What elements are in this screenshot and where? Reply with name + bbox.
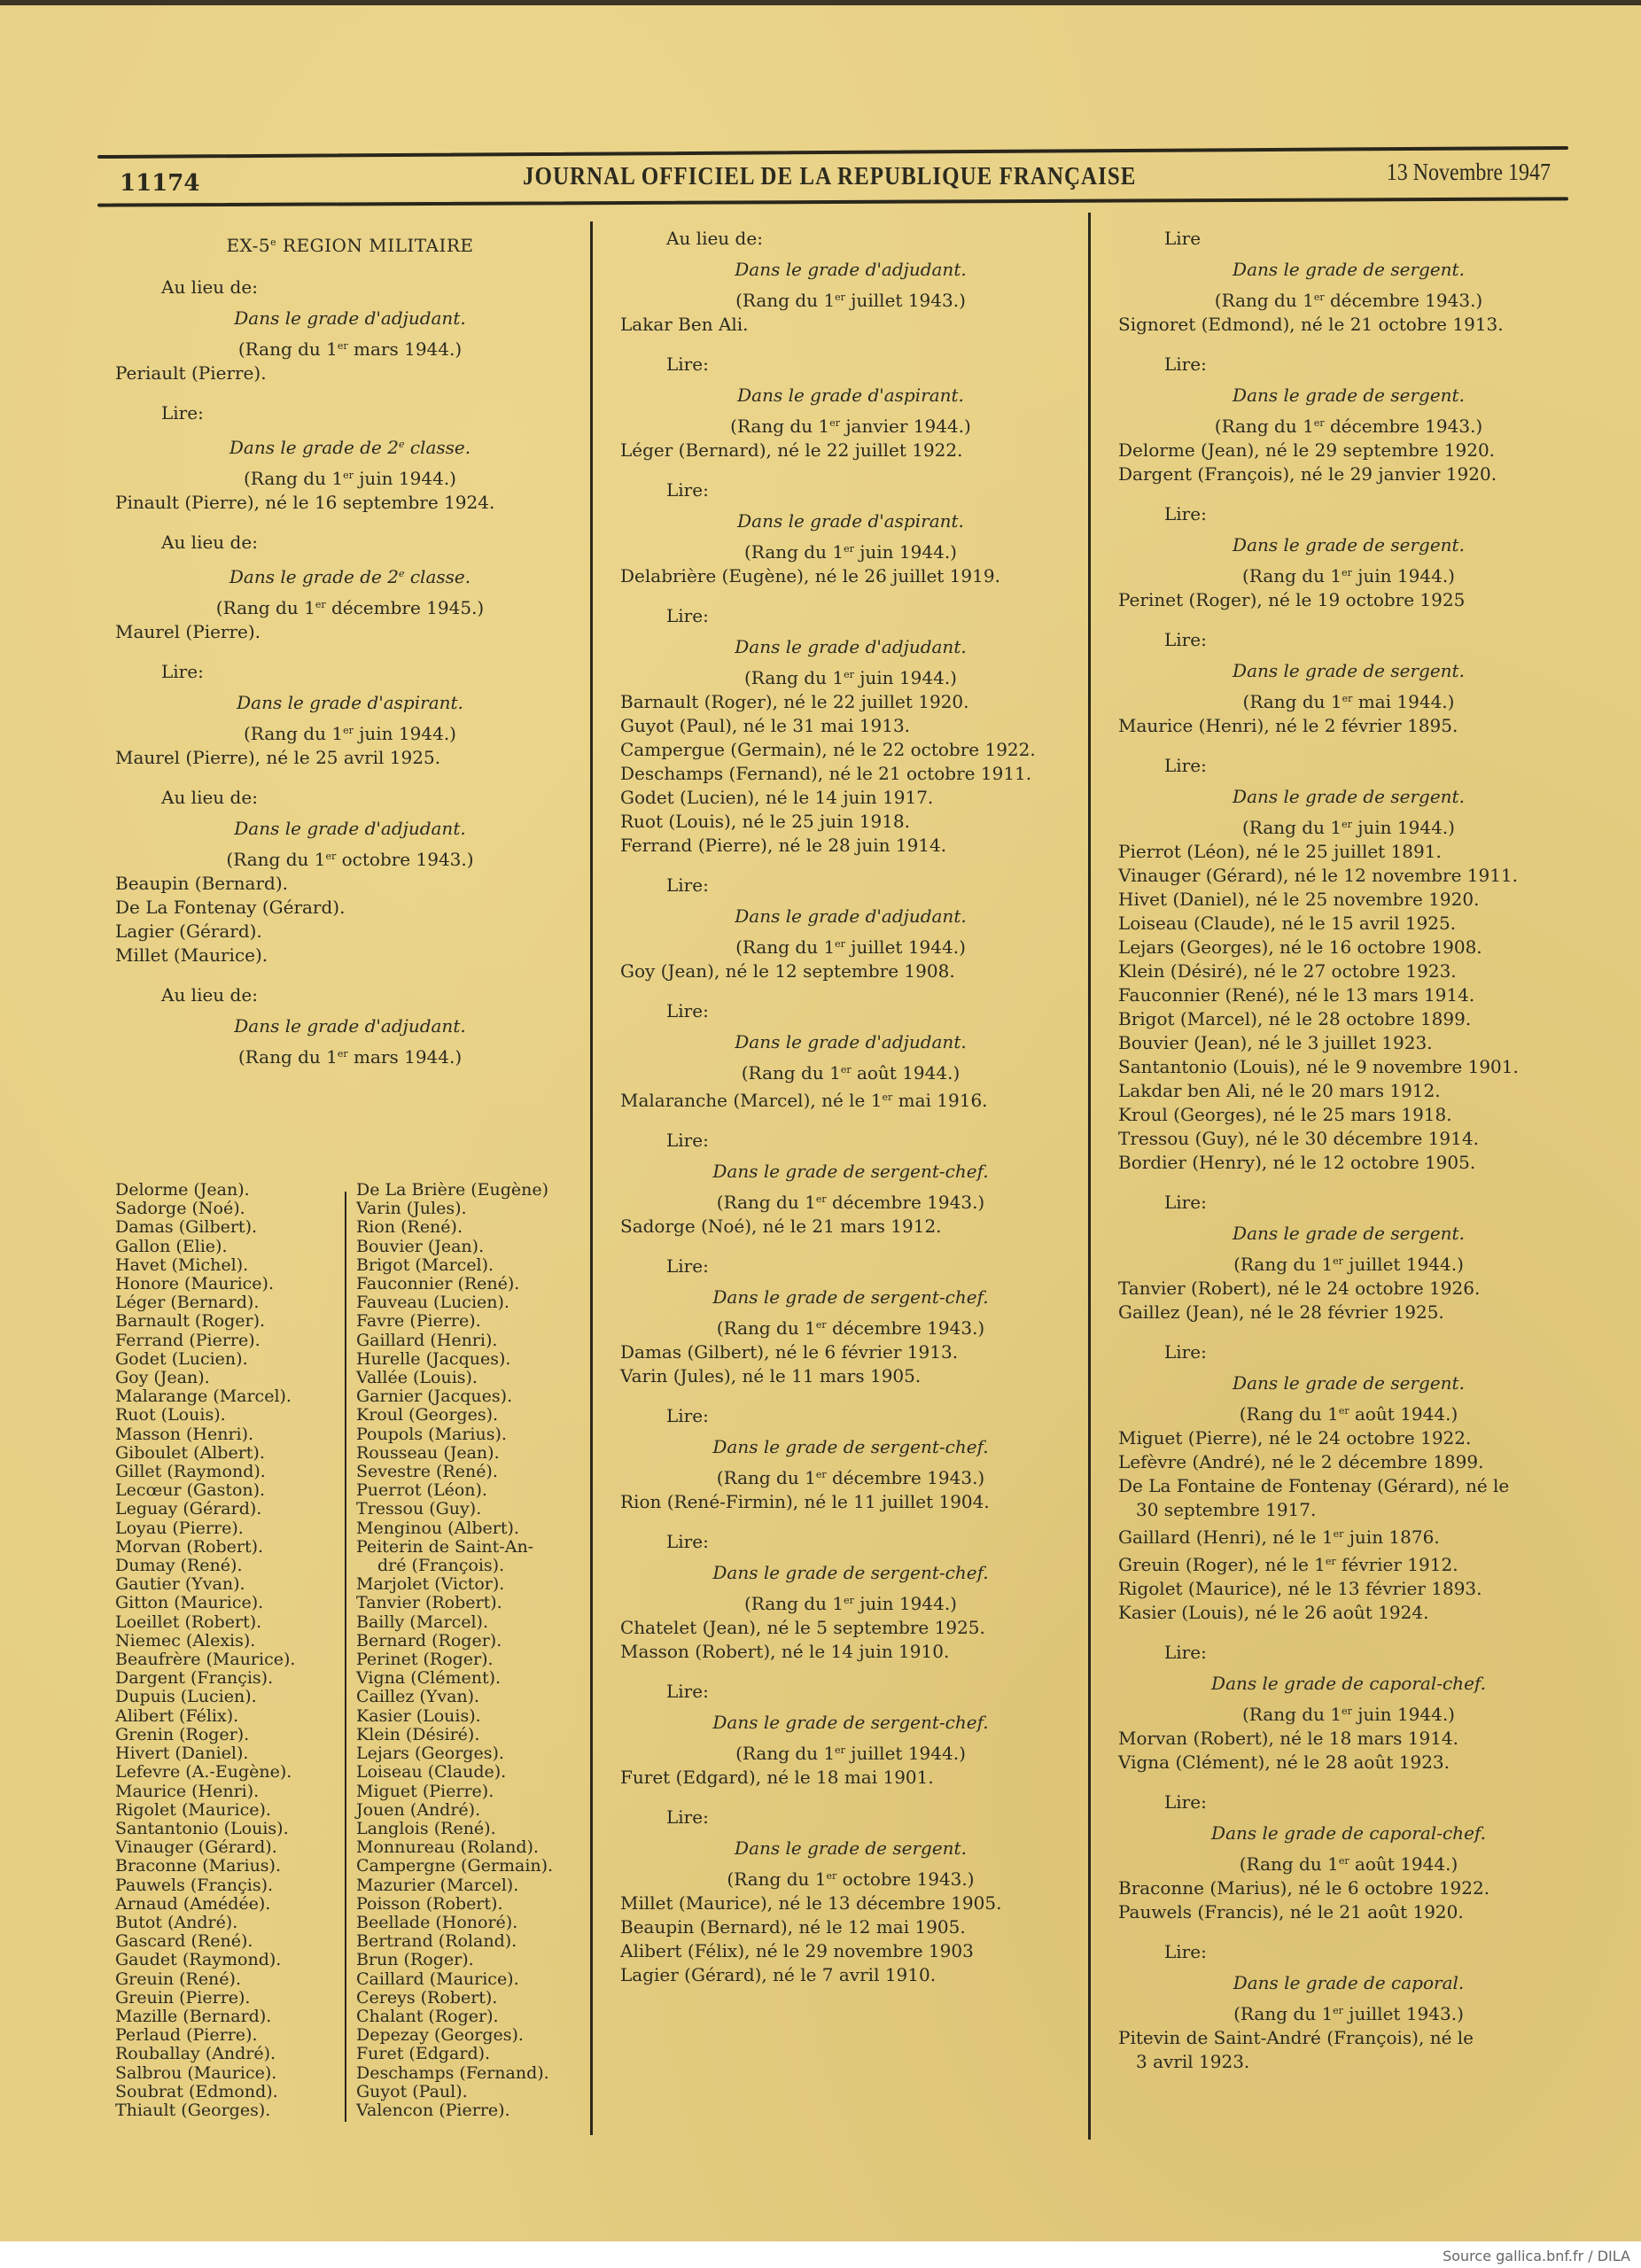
correction-block: Au lieu de:Dans le grade d'adjudant.(Ran…: [115, 786, 585, 967]
name-list-item: Butot (André).: [115, 1914, 346, 1932]
name-list-item: Jouen (André).: [356, 1801, 604, 1820]
correction-block: Lire:Dans le grade de sergent-chef.(Rang…: [620, 1530, 1081, 1664]
name-list-item: Puerrot (Léon).: [356, 1481, 604, 1500]
person-entry: Pierrot (Léon), né le 25 juillet 1891.: [1118, 840, 1579, 864]
name-list-item: Havet (Michel).: [115, 1256, 346, 1275]
correction-block: Au lieu de:Dans le grade d'adjudant.(Ran…: [620, 227, 1081, 337]
person-entry: 3 avril 1923.: [1118, 2050, 1579, 2074]
name-list-item: Klein (Désiré).: [356, 1726, 604, 1744]
correction-label: Lire:: [1118, 628, 1579, 652]
person-entry: Bouvier (Jean), né le 3 juillet 1923.: [1118, 1031, 1579, 1055]
rank-date: (Rang du 1er décembre 1943.): [620, 1463, 1081, 1490]
name-list-item: Furet (Edgard).: [356, 2045, 604, 2063]
correction-label: Lire:: [1118, 1641, 1579, 1665]
person-entry: Malaranche (Marcel), né le 1er mai 1916.: [620, 1085, 1081, 1113]
name-list-item: Mazille (Bernard).: [115, 2008, 346, 2026]
correction-block: LireDans le grade de sergent.(Rang du 1e…: [1118, 227, 1579, 337]
name-list-item: Tanvier (Robert).: [356, 1594, 604, 1612]
name-list-item: De La Brière (Eugène): [356, 1181, 604, 1200]
name-list-item: Valencon (Pierre).: [356, 2101, 604, 2120]
person-entry: 30 septembre 1917.: [1118, 1498, 1579, 1522]
person-entry: Lejars (Georges), né le 16 octobre 1908.: [1118, 936, 1579, 959]
grade-heading: Dans le grade d'aspirant.: [620, 509, 1081, 533]
name-list-item: Vigna (Clément).: [356, 1669, 604, 1688]
correction-label: Lire:: [1118, 502, 1579, 526]
name-list-item: Deschamps (Fernand).: [356, 2064, 604, 2083]
name-list-item: Garnier (Jacques).: [356, 1387, 604, 1406]
correction-label: Lire:: [620, 1806, 1081, 1829]
person-entry: Braconne (Marius), né le 6 octobre 1922.: [1118, 1876, 1579, 1900]
person-entry: Delabrière (Eugène), né le 26 juillet 19…: [620, 564, 1081, 588]
name-list-item: Dargent (Françis).: [115, 1669, 346, 1688]
grade-heading: Dans le grade de sergent.: [1118, 1371, 1579, 1395]
person-entry: Lagier (Gérard).: [115, 920, 585, 944]
issue-date: 13 Novembre 1947: [1387, 159, 1551, 187]
name-list-item: Gillet (Raymond).: [115, 1463, 346, 1481]
name-list-item: Godet (Lucien).: [115, 1350, 346, 1369]
rank-date: (Rang du 1er juin 1944.): [115, 463, 585, 491]
name-list-item: Lecœur (Gaston).: [115, 1481, 346, 1500]
page-number: 11174: [120, 170, 199, 197]
column-3: LireDans le grade de sergent.(Rang du 1e…: [1118, 213, 1579, 2074]
grade-heading: Dans le grade d'adjudant.: [620, 635, 1081, 659]
grade-heading: Dans le grade d'adjudant.: [115, 817, 585, 841]
correction-block: Lire:Dans le grade d'adjudant.(Rang du 1…: [620, 874, 1081, 983]
rank-date: (Rang du 1er octobre 1943.): [620, 1864, 1081, 1891]
name-list-item: Bernard (Roger).: [356, 1632, 604, 1651]
grade-heading: Dans le grade d'adjudant.: [115, 1014, 585, 1038]
name-list-item: Niemec (Alexis).: [115, 1632, 346, 1651]
rank-date: (Rang du 1er mai 1944.): [1118, 687, 1579, 714]
person-entry: Ferrand (Pierre), né le 28 juin 1914.: [620, 834, 1081, 858]
correction-label: Au lieu de:: [115, 983, 585, 1007]
name-list-divider: [345, 1192, 346, 2122]
name-list-item: Masson (Henri).: [115, 1425, 346, 1444]
person-entry: Masson (Robert), né le 14 juin 1910.: [620, 1640, 1081, 1664]
person-entry: Varin (Jules), né le 11 mars 1905.: [620, 1364, 1081, 1388]
person-entry: Bordier (Henry), né le 12 octobre 1905.: [1118, 1151, 1579, 1175]
person-entry: Periault (Pierre).: [115, 361, 585, 385]
name-list-item: Langlois (René).: [356, 1820, 604, 1838]
name-list-item: Lefevre (A.-Eugène).: [115, 1763, 346, 1782]
name-list-item: Ferrand (Pierre).: [115, 1332, 346, 1350]
column-divider-right: [1088, 213, 1091, 2140]
name-list-item: Goy (Jean).: [115, 1369, 346, 1387]
name-list-item: Arnaud (Amédée).: [115, 1895, 346, 1914]
grade-heading: Dans le grade de sergent.: [1118, 384, 1579, 408]
correction-block: Lire:Dans le grade de sergent-chef.(Rang…: [620, 1680, 1081, 1790]
correction-block: Lire:Dans le grade de sergent.(Rang du 1…: [1118, 502, 1579, 612]
name-list-item: Depezay (Georges).: [356, 2026, 604, 2045]
name-list-item: Dumay (René).: [115, 1557, 346, 1575]
rank-date: (Rang du 1er décembre 1943.): [1118, 285, 1579, 313]
person-entry: Kroul (Georges), né le 25 mars 1918.: [1118, 1103, 1579, 1127]
page-top-edge: [0, 0, 1641, 5]
name-list-item: Alibert (Félix).: [115, 1707, 346, 1726]
name-list-item: Grenin (Roger).: [115, 1726, 346, 1744]
name-list-item: Malarange (Marcel).: [115, 1387, 346, 1406]
person-entry: Rion (René-Firmin), né le 11 juillet 190…: [620, 1490, 1081, 1514]
correction-label: Lire:: [620, 1129, 1081, 1153]
rank-date: (Rang du 1er octobre 1943.): [115, 844, 585, 872]
name-list-item: Brigot (Marcel).: [356, 1256, 604, 1275]
grade-heading: Dans le grade de caporal.: [1118, 1971, 1579, 1995]
person-entry: Godet (Lucien), né le 14 juin 1917.: [620, 786, 1081, 810]
name-list-item: Tressou (Guy).: [356, 1500, 604, 1518]
person-entry: Hivet (Daniel), né le 25 novembre 1920.: [1118, 888, 1579, 912]
grade-heading: Dans le grade de caporal-chef.: [1118, 1821, 1579, 1845]
name-list-item: Guyot (Paul).: [356, 2083, 604, 2101]
grade-heading: Dans le grade de sergent.: [1118, 659, 1579, 683]
rank-date: (Rang du 1er juin 1944.): [620, 537, 1081, 564]
grade-heading: Dans le grade de sergent.: [1118, 533, 1579, 557]
correction-block: Lire:Dans le grade de sergent-chef.(Rang…: [620, 1129, 1081, 1239]
correction-block: Au lieu de:Dans le grade de 2e classe.(R…: [115, 531, 585, 644]
person-entry: De La Fontaine de Fontenay (Gérard), né …: [1118, 1474, 1579, 1498]
correction-label: Lire:: [620, 1530, 1081, 1554]
name-list-item: Rouballay (André).: [115, 2045, 346, 2063]
name-list-item: Santantonio (Louis).: [115, 1820, 346, 1838]
name-list-item: Caillez (Yvan).: [356, 1688, 604, 1706]
person-entry: Lagier (Gérard), né le 7 avril 1910.: [620, 1963, 1081, 1987]
name-list-item: Kasier (Louis).: [356, 1707, 604, 1726]
name-list-item: Kroul (Georges).: [356, 1406, 604, 1425]
correction-label: Lire:: [115, 660, 585, 684]
name-list-item: Varin (Jules).: [356, 1200, 604, 1218]
person-entry: Sadorge (Noé), né le 21 mars 1912.: [620, 1215, 1081, 1239]
person-entry: Lakar Ben Ali.: [620, 313, 1081, 337]
name-list-item: Damas (Gilbert).: [115, 1218, 346, 1237]
rank-date: (Rang du 1er mars 1944.): [115, 1042, 585, 1069]
name-list-item: Pauwels (Françis).: [115, 1876, 346, 1895]
person-entry: Dargent (François), né le 29 janvier 192…: [1118, 462, 1579, 486]
rank-date: (Rang du 1er août 1944.): [1118, 1849, 1579, 1876]
correction-block: Au lieu de:Dans le grade d'adjudant.(Ran…: [115, 276, 585, 385]
person-entry: Millet (Maurice), né le 13 décembre 1905…: [620, 1891, 1081, 1915]
rank-date: (Rang du 1er juin 1944.): [1118, 561, 1579, 588]
name-list-item: Greuin (René).: [115, 1970, 346, 1989]
correction-label: Lire:: [620, 1404, 1081, 1428]
name-list-item: Beaufrère (Maurice).: [115, 1651, 346, 1669]
person-entry: Perinet (Roger), né le 19 octobre 1925: [1118, 588, 1579, 612]
name-list-item: Peiterin de Saint-An-: [356, 1538, 604, 1557]
person-entry: Campergue (Germain), né le 22 octobre 19…: [620, 738, 1081, 762]
name-list-item: Brun (Roger).: [356, 1951, 604, 1969]
rank-date: (Rang du 1er décembre 1943.): [620, 1187, 1081, 1215]
name-list-item: Greuin (Pierre).: [115, 1989, 346, 2008]
name-list-item: Chalant (Roger).: [356, 2008, 604, 2026]
correction-label: Lire:: [1118, 1940, 1579, 1964]
person-entry: Vigna (Clément), né le 28 août 1923.: [1118, 1751, 1579, 1775]
correction-block: Lire:Dans le grade d'aspirant.(Rang du 1…: [620, 353, 1081, 462]
column-1: EX-5e REGION MILITAIRE Au lieu de:Dans l…: [115, 213, 585, 1069]
person-entry: Morvan (Robert), né le 18 mars 1914.: [1118, 1727, 1579, 1751]
grade-heading: Dans le grade de caporal-chef.: [1118, 1672, 1579, 1696]
person-entry: Furet (Edgard), né le 18 mai 1901.: [620, 1766, 1081, 1790]
person-entry: Maurel (Pierre), né le 25 avril 1925.: [115, 746, 585, 770]
correction-block: Lire:Dans le grade de caporal-chef.(Rang…: [1118, 1790, 1579, 1924]
person-entry: Signoret (Edmond), né le 21 octobre 1913…: [1118, 313, 1579, 337]
rank-date: (Rang du 1er janvier 1944.): [620, 411, 1081, 439]
grade-heading: Dans le grade de sergent-chef.: [620, 1435, 1081, 1459]
name-list-item: Marjolet (Victor).: [356, 1575, 604, 1594]
correction-block: Lire:Dans le grade de sergent.(Rang du 1…: [1118, 1191, 1579, 1324]
correction-label: Lire:: [620, 1680, 1081, 1704]
name-list-item: Gaillard (Henri).: [356, 1332, 604, 1350]
correction-block: Au lieu de:Dans le grade d'adjudant.(Ran…: [115, 983, 585, 1069]
name-list-item: Gascard (René).: [115, 1932, 346, 1951]
grade-heading: Dans le grade d'adjudant.: [115, 307, 585, 330]
rank-date: (Rang du 1er mars 1944.): [115, 334, 585, 361]
name-list-item: Thiault (Georges).: [115, 2101, 346, 2120]
correction-label: Lire:: [1118, 1191, 1579, 1215]
rank-date: (Rang du 1er juillet 1944.): [620, 1738, 1081, 1766]
correction-label: Lire:: [620, 1254, 1081, 1278]
person-entry: Miguet (Pierre), né le 24 octobre 1922.: [1118, 1426, 1579, 1450]
person-entry: Chatelet (Jean), né le 5 septembre 1925.: [620, 1616, 1081, 1640]
person-entry: Tanvier (Robert), né le 24 octobre 1926.: [1118, 1277, 1579, 1301]
rank-date: (Rang du 1er juin 1944.): [1118, 1699, 1579, 1727]
header-top-rule: [97, 146, 1568, 159]
name-list-item: Leguay (Gérard).: [115, 1500, 346, 1518]
correction-label: Lire:: [620, 353, 1081, 377]
grade-heading: Dans le grade de sergent.: [620, 1837, 1081, 1860]
rank-date: (Rang du 1er décembre 1943.): [1118, 411, 1579, 439]
name-list-item: Sadorge (Noé).: [115, 1200, 346, 1218]
correction-label: Lire:: [1118, 754, 1579, 778]
person-entry: Beaupin (Bernard).: [115, 872, 585, 896]
name-list-item: Gautier (Yvan).: [115, 1575, 346, 1594]
correction-block: Lire:Dans le grade de 2e classe.(Rang du…: [115, 401, 585, 515]
name-list-item: Hivert (Daniel).: [115, 1744, 346, 1763]
person-entry: De La Fontenay (Gérard).: [115, 896, 585, 920]
person-entry: Lakdar ben Ali, né le 20 mars 1912.: [1118, 1079, 1579, 1103]
name-list-item: Bailly (Marcel).: [356, 1613, 604, 1632]
name-list-item: Campergne (Germain).: [356, 1857, 604, 1876]
grade-heading: Dans le grade d'aspirant.: [620, 384, 1081, 408]
person-entry: Maurice (Henri), né le 2 février 1895.: [1118, 714, 1579, 738]
person-entry: Brigot (Marcel), né le 28 octobre 1899.: [1118, 1007, 1579, 1031]
rank-date: (Rang du 1er juillet 1943.): [620, 285, 1081, 313]
name-list-item: Giboulet (Albert).: [115, 1444, 346, 1463]
person-entry: Deschamps (Fernand), né le 21 octobre 19…: [620, 762, 1081, 786]
name-list-item: dré (François).: [356, 1557, 604, 1575]
person-entry: Alibert (Félix), né le 29 novembre 1903: [620, 1939, 1081, 1963]
correction-block: Lire:Dans le grade de sergent.(Rang du 1…: [1118, 628, 1579, 738]
correction-block: Lire:Dans le grade d'aspirant.(Rang du 1…: [115, 660, 585, 770]
name-list-item: Fauconnier (René).: [356, 1275, 604, 1293]
name-list-item: Poisson (Robert).: [356, 1895, 604, 1914]
person-entry: Pinault (Pierre), né le 16 septembre 192…: [115, 491, 585, 515]
rank-date: (Rang du 1er juin 1944.): [115, 718, 585, 746]
person-entry: Lefèvre (André), né le 2 décembre 1899.: [1118, 1450, 1579, 1474]
person-entry: Gaillez (Jean), né le 28 février 1925.: [1118, 1301, 1579, 1324]
name-list-item: Braconne (Marius).: [115, 1857, 346, 1876]
name-list-item: Miguet (Pierre).: [356, 1783, 604, 1801]
name-list-item: Gallon (Elie).: [115, 1238, 346, 1256]
grade-heading: Dans le grade d'adjudant.: [620, 905, 1081, 928]
correction-block: Lire:Dans le grade de sergent-chef.(Rang…: [620, 1254, 1081, 1388]
correction-label: Lire:: [620, 874, 1081, 897]
name-list-item: Rion (René).: [356, 1218, 604, 1237]
correction-label: Lire:: [620, 604, 1081, 628]
person-entry: Ruot (Louis), né le 25 juin 1918.: [620, 810, 1081, 834]
correction-label: Lire:: [1118, 1790, 1579, 1814]
name-list-item: Maurice (Henri).: [115, 1783, 346, 1801]
person-entry: Delorme (Jean), né le 29 septembre 1920.: [1118, 439, 1579, 462]
name-list-left: Delorme (Jean).Sadorge (Noé).Damas (Gilb…: [115, 1181, 346, 2120]
correction-label: Lire: [1118, 227, 1579, 251]
name-list-item: Morvan (Robert).: [115, 1538, 346, 1557]
rank-date: (Rang du 1er juin 1944.): [1118, 812, 1579, 840]
grade-heading: Dans le grade de 2e classe.: [115, 562, 585, 589]
page-header: 11174 JOURNAL OFFICIEL DE LA REPUBLIQUE …: [115, 161, 1568, 197]
newspaper-page: 11174 JOURNAL OFFICIEL DE LA REPUBLIQUE …: [0, 0, 1641, 2241]
name-list-item: Fauveau (Lucien).: [356, 1293, 604, 1312]
name-list-item: Beellade (Honoré).: [356, 1914, 604, 1932]
name-list-item: Caillard (Maurice).: [356, 1970, 604, 1989]
rank-date: (Rang du 1er juillet 1943.): [1118, 1999, 1579, 2026]
column-2: Au lieu de:Dans le grade d'adjudant.(Ran…: [620, 213, 1081, 1987]
grade-heading: Dans le grade de sergent.: [1118, 1222, 1579, 1246]
name-list-item: Sevestre (René).: [356, 1463, 604, 1481]
name-list-item: Bouvier (Jean).: [356, 1238, 604, 1256]
correction-block: Lire:Dans le grade d'adjudant.(Rang du 1…: [620, 999, 1081, 1113]
person-entry: Tressou (Guy), né le 30 décembre 1914.: [1118, 1127, 1579, 1151]
name-list-item: Loyau (Pierre).: [115, 1519, 346, 1538]
person-entry: Klein (Désiré), né le 27 octobre 1923.: [1118, 959, 1579, 983]
correction-label: Au lieu de:: [115, 531, 585, 555]
name-list-item: Rousseau (Jean).: [356, 1444, 604, 1463]
grade-heading: Dans le grade de 2e classe.: [115, 432, 585, 460]
person-entry: Pitevin de Saint-André (François), né le: [1118, 2026, 1579, 2050]
name-list-item: Loeillet (Robert).: [115, 1613, 346, 1632]
name-list-item: Léger (Bernard).: [115, 1293, 346, 1312]
name-list-item: Salbrou (Maurice).: [115, 2064, 346, 2083]
name-list-item: Honore (Maurice).: [115, 1275, 346, 1293]
correction-label: Au lieu de:: [115, 786, 585, 810]
correction-label: Lire:: [115, 401, 585, 425]
rank-date: (Rang du 1er juin 1944.): [620, 663, 1081, 690]
name-list-item: Soubrat (Edmond).: [115, 2083, 346, 2101]
name-list-item: Gaudet (Raymond).: [115, 1951, 346, 1969]
grade-heading: Dans le grade de sergent-chef.: [620, 1561, 1081, 1585]
person-entry: Fauconnier (René), né le 13 mars 1914.: [1118, 983, 1579, 1007]
correction-block: Lire:Dans le grade d'adjudant.(Rang du 1…: [620, 604, 1081, 858]
person-entry: Barnault (Roger), né le 22 juillet 1920.: [620, 690, 1081, 714]
name-list-item: Delorme (Jean).: [115, 1181, 346, 1200]
rank-date: (Rang du 1er août 1944.): [1118, 1399, 1579, 1426]
person-entry: Léger (Bernard), né le 22 juillet 1922.: [620, 439, 1081, 462]
correction-label: Au lieu de:: [620, 227, 1081, 251]
name-list-item: Gitton (Maurice).: [115, 1594, 346, 1612]
name-list-item: Ruot (Louis).: [115, 1406, 346, 1425]
grade-heading: Dans le grade de sergent.: [1118, 785, 1579, 809]
grade-heading: Dans le grade de sergent.: [1118, 258, 1579, 282]
person-entry: Pauwels (Francis), né le 21 août 1920.: [1118, 1900, 1579, 1924]
correction-block: Lire:Dans le grade de sergent.(Rang du 1…: [620, 1806, 1081, 1987]
name-list-item: Hurelle (Jacques).: [356, 1350, 604, 1369]
name-list-item: Mazurier (Marcel).: [356, 1876, 604, 1895]
rank-date: (Rang du 1er juin 1944.): [620, 1588, 1081, 1616]
correction-label: Lire:: [1118, 1340, 1579, 1364]
name-list-item: Perlaud (Pierre).: [115, 2026, 346, 2045]
person-entry: Gaillard (Henri), né le 1er juin 1876.: [1118, 1522, 1579, 1550]
name-list-item: Monnureau (Roland).: [356, 1838, 604, 1857]
name-list-item: Lejars (Georges).: [356, 1744, 604, 1763]
correction-block: Lire:Dans le grade de sergent.(Rang du 1…: [1118, 353, 1579, 486]
person-entry: Kasier (Louis), né le 26 août 1924.: [1118, 1601, 1579, 1625]
correction-label: Lire:: [620, 478, 1081, 502]
person-entry: Rigolet (Maurice), né le 13 février 1893…: [1118, 1577, 1579, 1601]
name-list-item: Dupuis (Lucien).: [115, 1688, 346, 1706]
person-entry: Goy (Jean), né le 12 septembre 1908.: [620, 959, 1081, 983]
name-list-item: Cereys (Robert).: [356, 1989, 604, 2008]
person-entry: Guyot (Paul), né le 31 mai 1913.: [620, 714, 1081, 738]
correction-block: Lire:Dans le grade de caporal-chef.(Rang…: [1118, 1641, 1579, 1775]
grade-heading: Dans le grade de sergent-chef.: [620, 1285, 1081, 1309]
person-entry: Greuin (Roger), né le 1er février 1912.: [1118, 1550, 1579, 1577]
grade-heading: Dans le grade de sergent-chef.: [620, 1711, 1081, 1735]
region-heading: EX-5e REGION MILITAIRE: [115, 230, 585, 258]
rank-date: (Rang du 1er août 1944.): [620, 1058, 1081, 1085]
grade-heading: Dans le grade d'aspirant.: [115, 691, 585, 715]
rank-date: (Rang du 1er décembre 1943.): [620, 1313, 1081, 1340]
correction-block: Lire:Dans le grade de sergent.(Rang du 1…: [1118, 754, 1579, 1175]
person-entry: Beaupin (Bernard), né le 12 mai 1905.: [620, 1915, 1081, 1939]
correction-block: Lire:Dans le grade de caporal.(Rang du 1…: [1118, 1940, 1579, 2074]
person-entry: Santantonio (Louis), né le 9 novembre 19…: [1118, 1055, 1579, 1079]
name-list-item: Barnault (Roger).: [115, 1312, 346, 1331]
correction-block: Lire:Dans le grade d'aspirant.(Rang du 1…: [620, 478, 1081, 588]
name-list-right: De La Brière (Eugène)Varin (Jules).Rion …: [356, 1181, 604, 2120]
correction-block: Lire:Dans le grade de sergent-chef.(Rang…: [620, 1404, 1081, 1514]
source-credit: Source gallica.bnf.fr / DILA: [1443, 2248, 1630, 2264]
name-list-item: Vallée (Louis).: [356, 1369, 604, 1387]
name-list-item: Menginou (Albert).: [356, 1519, 604, 1538]
name-list-item: Favre (Pierre).: [356, 1312, 604, 1331]
correction-label: Lire:: [1118, 353, 1579, 377]
grade-heading: Dans le grade d'adjudant.: [620, 258, 1081, 282]
name-list-item: Loiseau (Claude).: [356, 1763, 604, 1782]
grade-heading: Dans le grade d'adjudant.: [620, 1030, 1081, 1054]
name-list-item: Vinauger (Gérard).: [115, 1838, 346, 1857]
grade-heading: Dans le grade de sergent-chef.: [620, 1160, 1081, 1184]
journal-title: JOURNAL OFFICIEL DE LA REPUBLIQUE FRANÇA…: [523, 163, 1136, 191]
name-list-item: Poupols (Marius).: [356, 1425, 604, 1444]
rank-date: (Rang du 1er juillet 1944.): [620, 932, 1081, 959]
correction-label: Lire:: [620, 999, 1081, 1023]
rank-date: (Rang du 1er juillet 1944.): [1118, 1249, 1579, 1277]
name-list-item: Perinet (Roger).: [356, 1651, 604, 1669]
correction-block: Lire:Dans le grade de sergent.(Rang du 1…: [1118, 1340, 1579, 1625]
person-entry: Millet (Maurice).: [115, 944, 585, 967]
person-entry: Damas (Gilbert), né le 6 février 1913.: [620, 1340, 1081, 1364]
person-entry: Vinauger (Gérard), né le 12 novembre 191…: [1118, 864, 1579, 888]
name-list-item: Bertrand (Roland).: [356, 1932, 604, 1951]
person-entry: Loiseau (Claude), né le 15 avril 1925.: [1118, 912, 1579, 936]
correction-label: Au lieu de:: [115, 276, 585, 299]
header-bottom-rule: [97, 197, 1568, 206]
rank-date: (Rang du 1er décembre 1945.): [115, 593, 585, 620]
person-entry: Maurel (Pierre).: [115, 620, 585, 644]
name-list-item: Rigolet (Maurice).: [115, 1801, 346, 1820]
